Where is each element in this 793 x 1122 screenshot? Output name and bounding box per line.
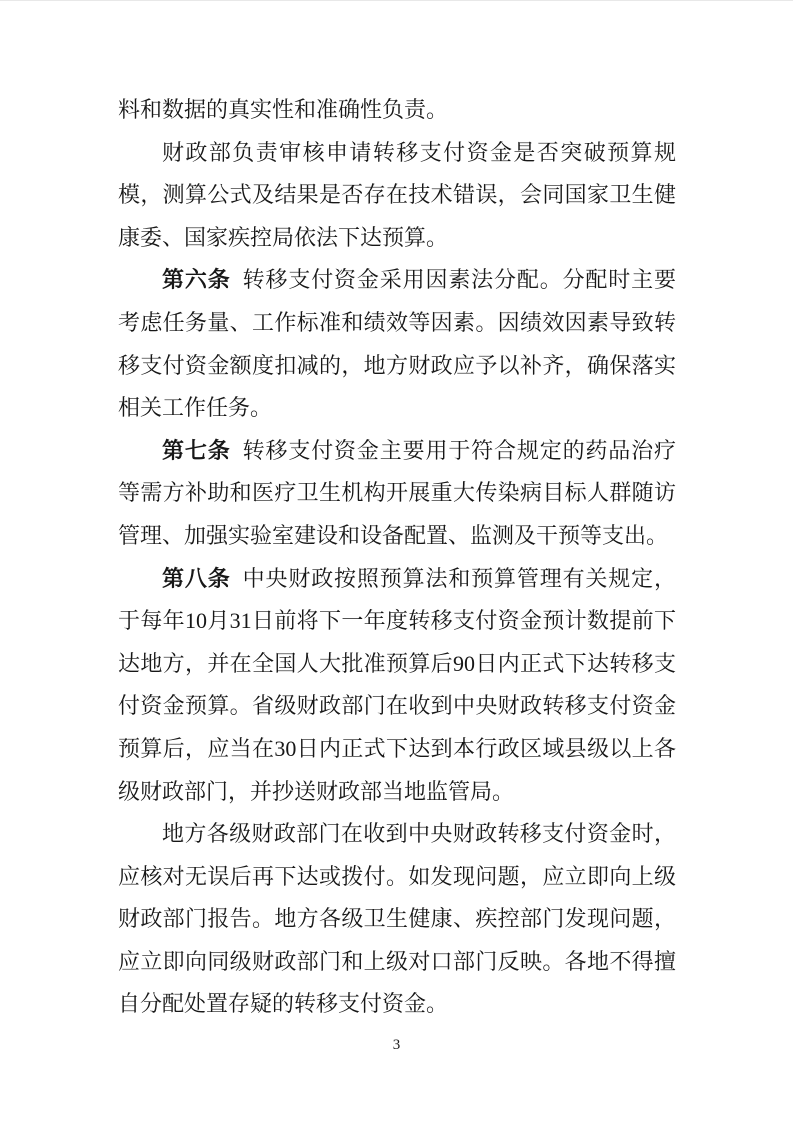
paragraph-text: 财政部负责审核申请转移支付资金是否突破预算规模，测算公式及结果是否存在技术错误，… [118,140,676,250]
paragraph-text: 中央财政按照预算法和预算管理有关规定，于每年10月31日前将下一年度转移支付资金… [118,566,676,804]
document-page: 料和数据的真实性和准确性负责。 财政部负责审核申请转移支付资金是否突破预算规模，… [0,0,793,1122]
document-body: 料和数据的真实性和准确性负责。 财政部负责审核申请转移支付资金是否突破预算规模，… [118,89,676,1026]
paragraph: 财政部负责审核申请转移支付资金是否突破预算规模，测算公式及结果是否存在技术错误，… [118,132,676,260]
paragraph-article-8: 第八条中央财政按照预算法和预算管理有关规定，于每年10月31日前将下一年度转移支… [118,558,676,814]
page-footer: 3 [0,1035,793,1055]
article-8-label: 第八条 [162,566,231,591]
page-number: 3 [393,1037,401,1053]
paragraph-continuation: 料和数据的真实性和准确性负责。 [118,89,676,132]
paragraph-article-6: 第六条转移支付资金采用因素法分配。分配时主要考虑任务量、工作标准和绩效等因素。因… [118,259,676,429]
paragraph-article-7: 第七条转移支付资金主要用于符合规定的药品治疗等需方补助和医疗卫生机构开展重大传染… [118,430,676,558]
paragraph-text: 料和数据的真实性和准确性负责。 [118,97,448,122]
article-7-label: 第七条 [162,438,231,463]
article-6-label: 第六条 [162,267,231,292]
paragraph-text: 地方各级财政部门在收到中央财政转移支付资金时，应核对无误后再下达或拨付。如发现问… [118,821,676,1016]
paragraph: 地方各级财政部门在收到中央财政转移支付资金时，应核对无误后再下达或拨付。如发现问… [118,813,676,1026]
